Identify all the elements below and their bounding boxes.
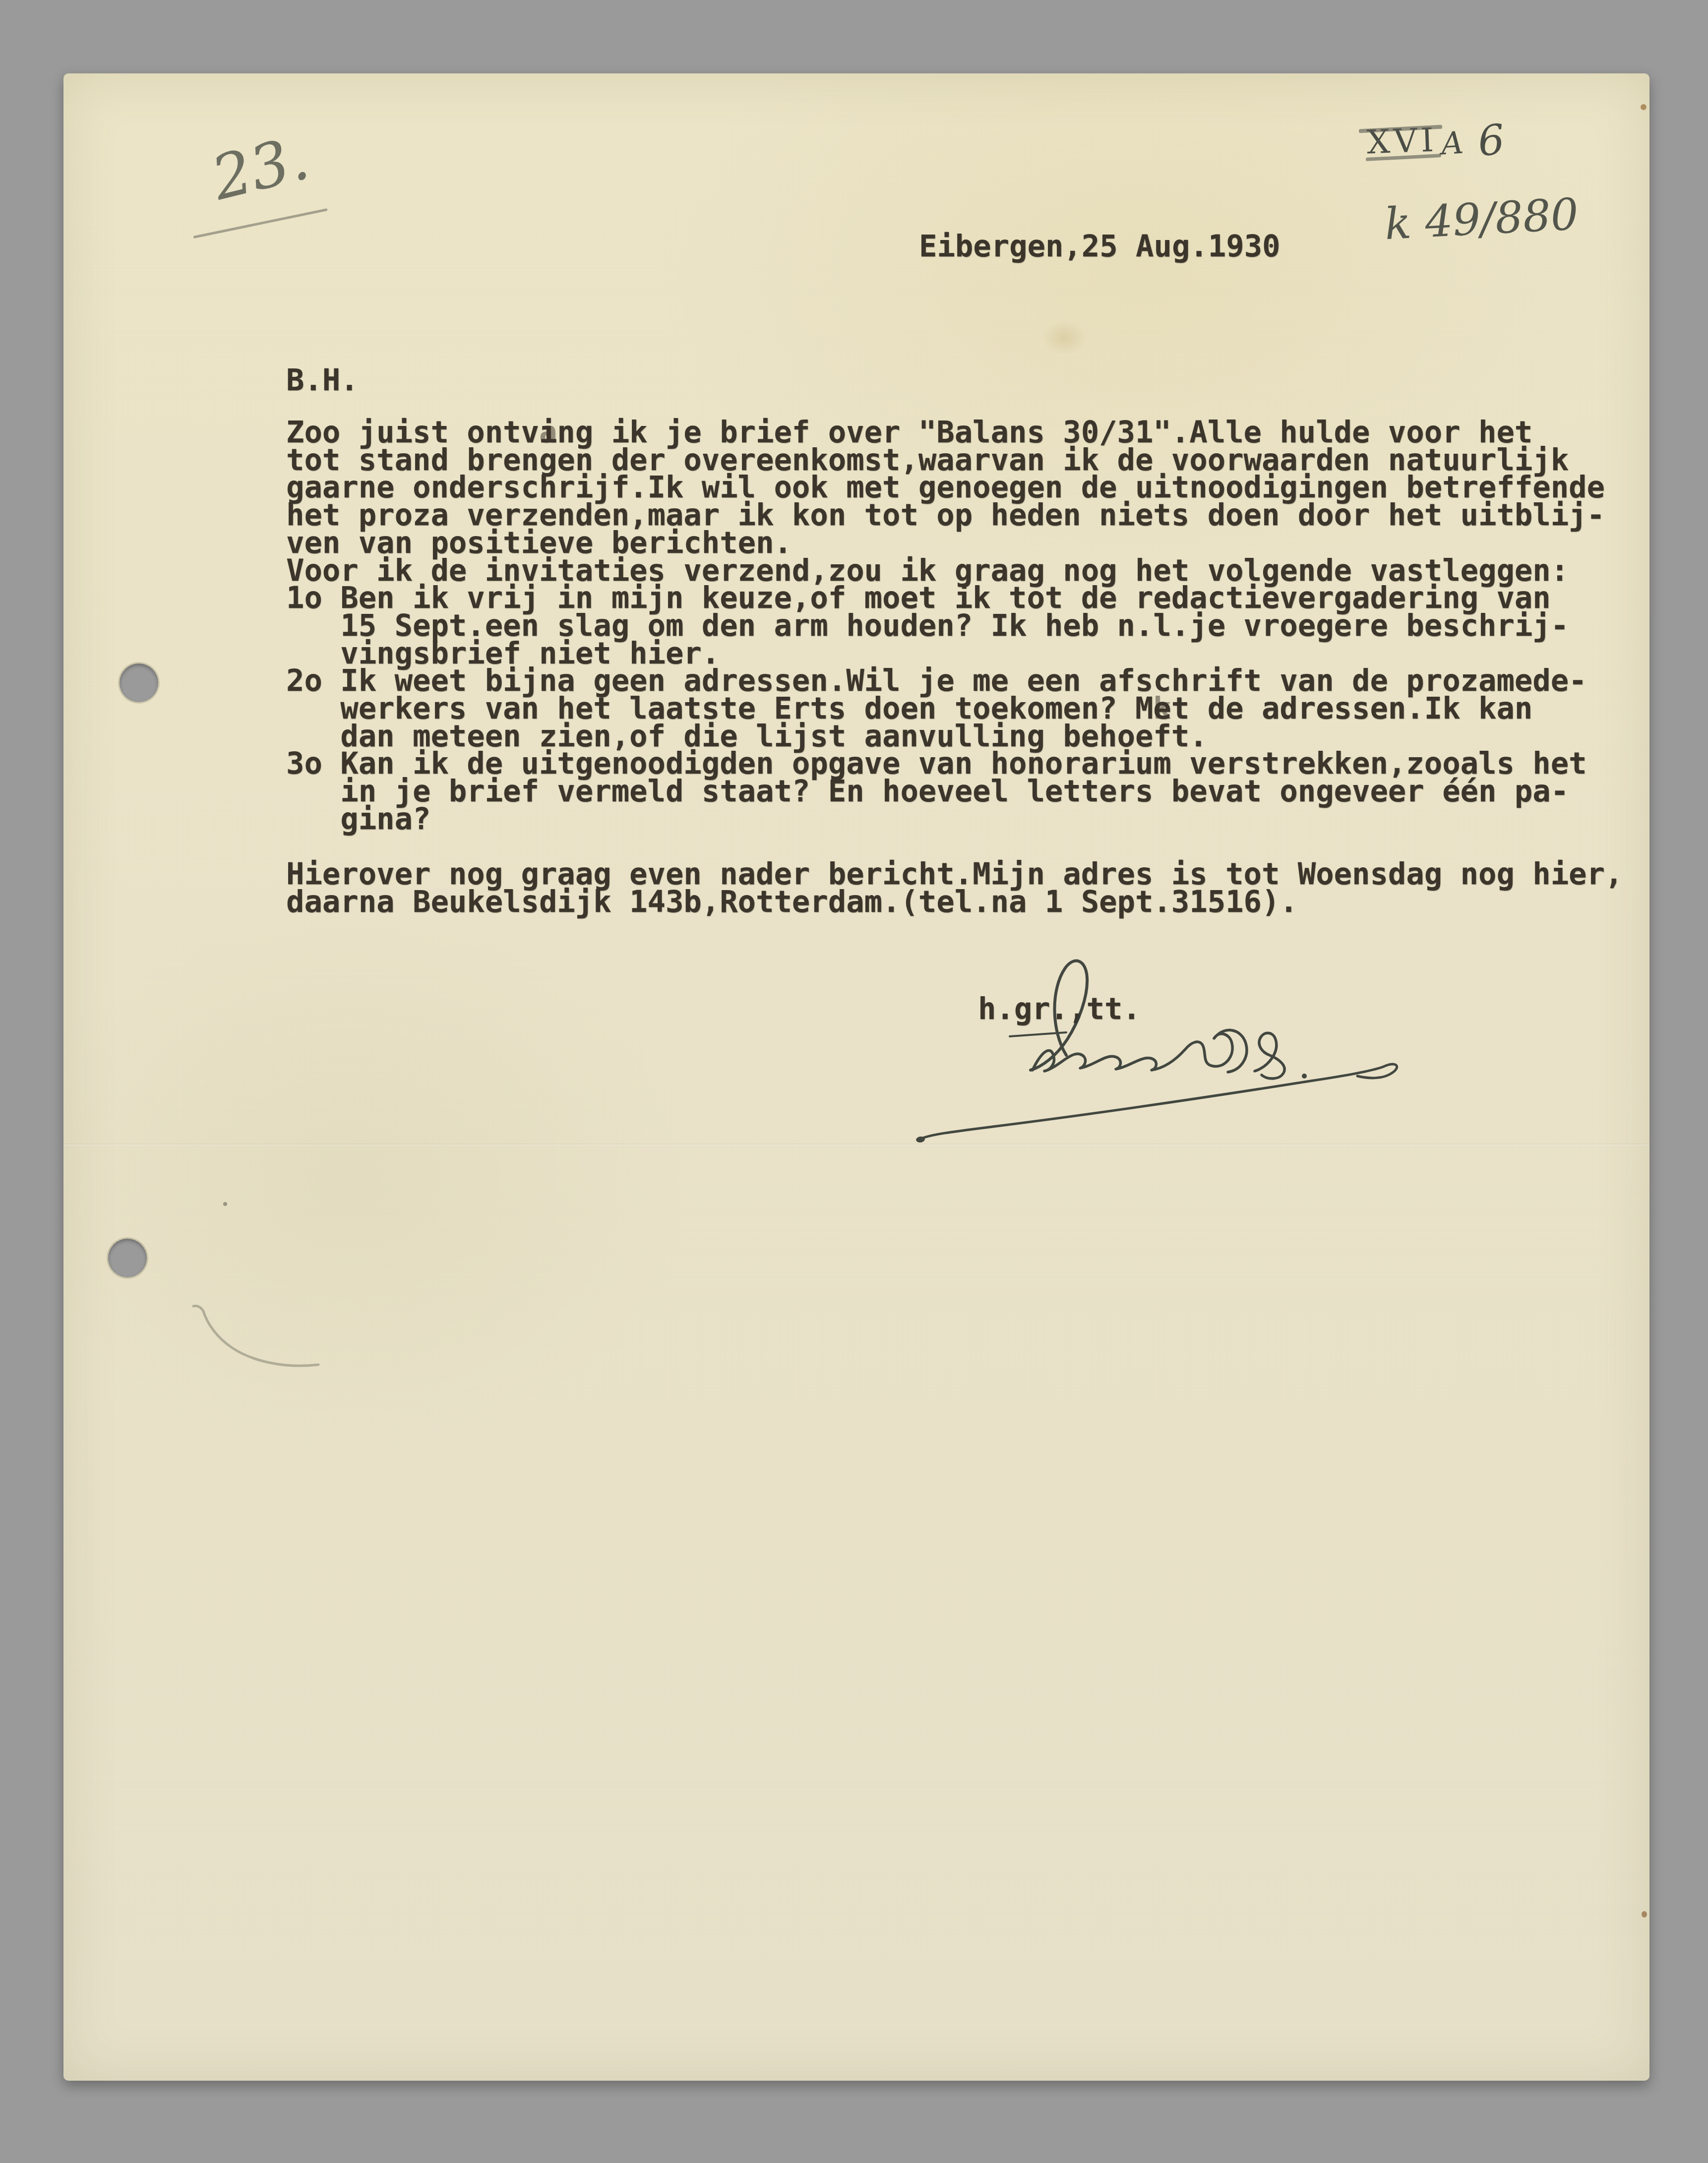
punch-hole-bottom: [108, 1239, 147, 1277]
punch-hole-top: [120, 663, 158, 702]
page-number-underline: [193, 208, 327, 239]
pencil-squiggle: [187, 1293, 386, 1402]
paper-speck: [223, 1202, 227, 1206]
paper-stain: [1041, 320, 1087, 355]
dateline: Eibergen,25 Aug.1930: [919, 233, 1280, 261]
letter-closing: Hierover nog graag even nader bericht.Mi…: [286, 861, 1623, 916]
salutation: B.H.: [286, 367, 359, 395]
page-number-annotation: 23.: [205, 122, 316, 214]
overtyped-char: k: [1153, 695, 1171, 723]
scan-background: { "page": { "background_color": "#9a9a9a…: [0, 0, 1708, 2163]
paper-speck: [1641, 104, 1647, 110]
letter-line: in je brief vermeld staat? En hoeveel le…: [286, 778, 1605, 806]
letter-body: Zoo juist ontving ik je brief over "Bala…: [286, 419, 1605, 834]
signature-autograph: [708, 916, 1403, 1263]
archive-section-mark: A: [1440, 124, 1465, 162]
archive-item-mark: 6: [1476, 115, 1507, 166]
paper-crease: [63, 1143, 1649, 1145]
paper-speck: [1642, 1911, 1647, 1918]
overtyped-char: a: [539, 419, 557, 447]
letter-line: daarna Beukelsdijk 143b,Rotterdam.(tel.n…: [286, 889, 1623, 916]
archive-inventory-number: k 49/880: [1384, 188, 1580, 249]
letter-line: gina?: [286, 806, 1605, 834]
letter-page: 23. XVI A 6 k 49/880 Eibergen,25 Aug.193…: [63, 73, 1649, 2081]
